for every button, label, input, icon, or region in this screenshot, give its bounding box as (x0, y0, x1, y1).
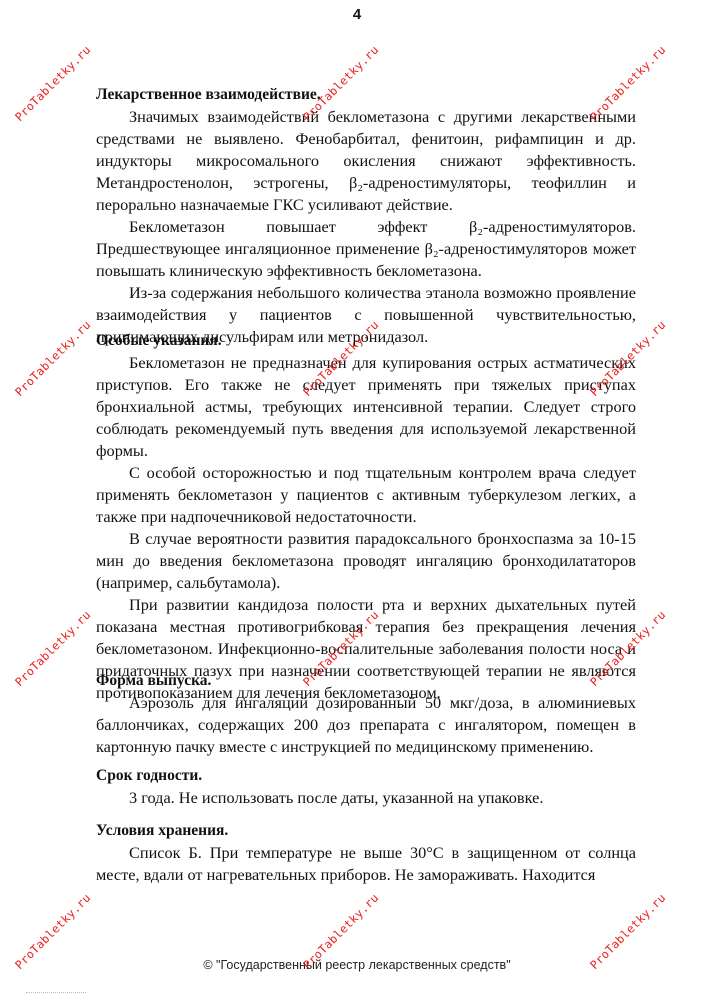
paragraph: Значимых взаимодействий беклометазона с … (96, 106, 636, 216)
paragraph: Список Б. При температуре не выше 30°C в… (96, 842, 636, 886)
section-drug-interactions: Лекарственное взаимодействие. Значимых в… (96, 84, 636, 348)
document-page: 4 Лекарственное взаимодействие. Значимых… (0, 0, 714, 1000)
section-release-form: Форма выпуска. Аэрозоль для ингаляций до… (96, 670, 636, 758)
watermark: ProTabletky.ru (12, 608, 93, 689)
paragraph: 3 года. Не использовать после даты, указ… (96, 787, 636, 809)
copyright-footer: © "Государственный реестр лекарственных … (0, 958, 714, 972)
scan-artifact (26, 992, 86, 995)
paragraph: С особой осторожностью и под тщательным … (96, 462, 636, 528)
section-title: Особые указания. (96, 330, 636, 352)
section-title: Форма выпуска. (96, 670, 636, 692)
watermark: ProTabletky.ru (12, 318, 93, 399)
section-title: Лекарственное взаимодействие. (96, 84, 636, 106)
section-title: Срок годности. (96, 765, 636, 787)
section-special-instructions: Особые указания. Беклометазон не предназ… (96, 330, 636, 704)
paragraph: Аэрозоль для ингаляций дозированный 50 м… (96, 692, 636, 758)
section-shelf-life: Срок годности. 3 года. Не использовать п… (96, 765, 636, 809)
paragraph: Беклометазон не предназначен для купиров… (96, 352, 636, 462)
page-number: 4 (0, 6, 714, 23)
watermark: ProTabletky.ru (12, 43, 93, 124)
paragraph: В случае вероятности развития парадоксал… (96, 528, 636, 594)
paragraph: Беклометазон повышает эффект β₂-адреност… (96, 216, 636, 282)
section-storage-conditions: Условия хранения. Список Б. При температ… (96, 820, 636, 886)
section-title: Условия хранения. (96, 820, 636, 842)
